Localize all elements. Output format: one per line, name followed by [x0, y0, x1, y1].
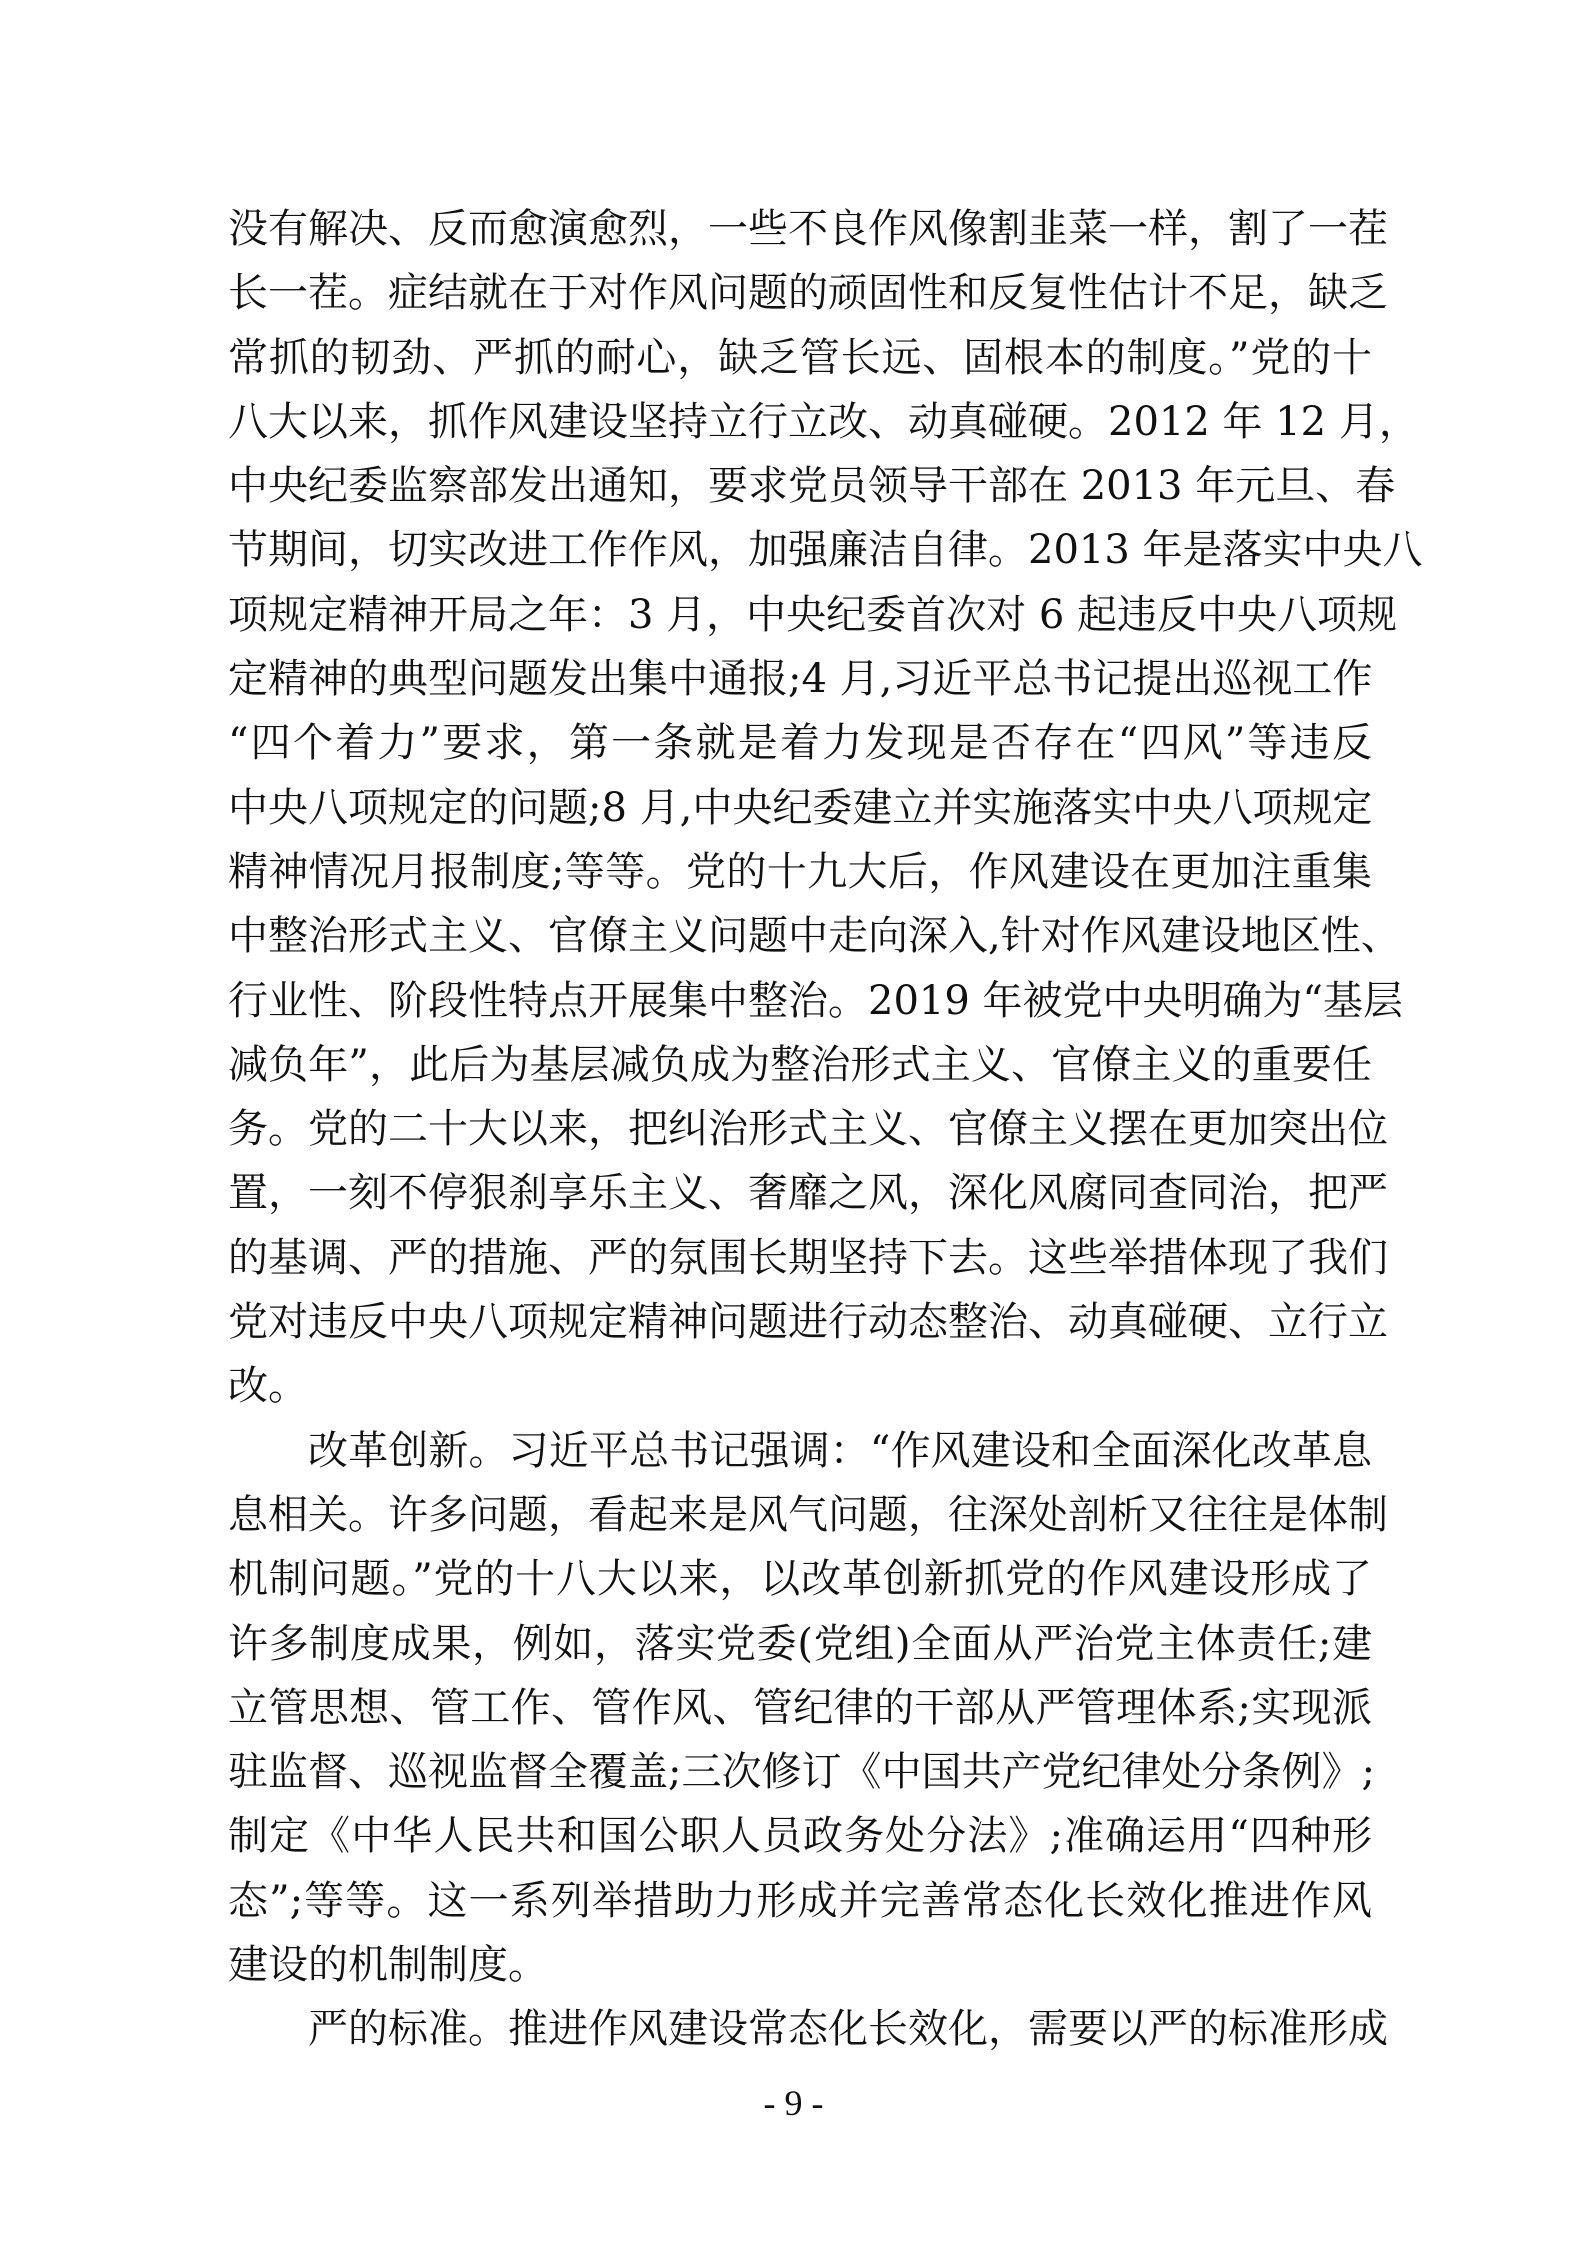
text-line: 八大以来，抓作风建设坚持立行立改、动真碰硬。2012 年 12 月，	[228, 390, 1372, 454]
text-line: 许多制度成果，例如，落实党委(党组)全面从严治党主体责任;建	[228, 1612, 1372, 1676]
text-line: “四个着力”要求，第一条就是着力发现是否存在“四风”等违反	[228, 711, 1372, 775]
text-line: 中整治形式主义、官僚主义问题中走向深入,针对作风建设地区性、	[228, 904, 1372, 968]
text-line: 中央纪委监察部发出通知，要求党员领导干部在 2013 年元旦、春	[228, 454, 1372, 518]
text-line: 建设的机制制度。	[228, 1933, 1372, 1997]
paragraph-1: 没有解决、反而愈演愈烈，一些不良作风像割韭菜一样，割了一茬 长一茬。症结就在于对…	[228, 197, 1372, 1419]
text-line: 长一茬。症结就在于对作风问题的顽固性和反复性估计不足，缺乏	[228, 261, 1372, 325]
text-line: 务。党的二十大以来，把纠治形式主义、官僚主义摆在更加突出位	[228, 1097, 1372, 1161]
paragraph-2: 改革创新。习近平总书记强调：“作风建设和全面深化改革息 息相关。许多问题，看起来…	[228, 1419, 1372, 1998]
text-line: 党对违反中央八项规定精神问题进行动态整治、动真碰硬、立行立	[228, 1290, 1372, 1354]
text-line: 改革创新。习近平总书记强调：“作风建设和全面深化改革息	[228, 1419, 1372, 1483]
text-line: 没有解决、反而愈演愈烈，一些不良作风像割韭菜一样，割了一茬	[228, 197, 1372, 261]
text-line: 中央八项规定的问题;8 月,中央纪委建立并实施落实中央八项规定	[228, 776, 1372, 840]
text-line: 息相关。许多问题，看起来是风气问题，往深处剖析又往往是体制	[228, 1483, 1372, 1547]
text-line: 制定《中华人民共和国公职人员政务处分法》;准确运用“四种形	[228, 1804, 1372, 1868]
text-line: 立管思想、管工作、管作风、管纪律的干部从严管理体系;实现派	[228, 1676, 1372, 1740]
text-line: 定精神的典型问题发出集中通报;4 月,习近平总书记提出巡视工作	[228, 647, 1372, 711]
text-line: 态”;等等。这一系列举措助力形成并完善常态化长效化推进作风	[228, 1869, 1372, 1933]
paragraph-3: 严的标准。推进作风建设常态化长效化，需要以严的标准形成	[228, 1997, 1372, 2061]
text-line: 改。	[228, 1354, 1372, 1418]
text-line: 置，一刻不停狠刹享乐主义、奢靡之风，深化风腐同查同治，把严	[228, 1161, 1372, 1225]
document-page: 没有解决、反而愈演愈烈，一些不良作风像割韭菜一样，割了一茬 长一茬。症结就在于对…	[0, 0, 1587, 2245]
text-line: 行业性、阶段性特点开展集中整治。2019 年被党中央明确为“基层	[228, 969, 1372, 1033]
body-text: 没有解决、反而愈演愈烈，一些不良作风像割韭菜一样，割了一茬 长一茬。症结就在于对…	[228, 197, 1372, 2062]
text-line: 驻监督、巡视监督全覆盖;三次修订《中国共产党纪律处分条例》;	[228, 1740, 1372, 1804]
text-line: 常抓的韧劲、严抓的耐心，缺乏管长远、固根本的制度。”党的十	[228, 326, 1372, 390]
text-line: 节期间，切实改进工作作风，加强廉洁自律。2013 年是落实中央八	[228, 518, 1372, 582]
text-line: 减负年”，此后为基层减负成为整治形式主义、官僚主义的重要任	[228, 1033, 1372, 1097]
text-line: 项规定精神开局之年：3 月，中央纪委首次对 6 起违反中央八项规	[228, 583, 1372, 647]
page-number: - 9 -	[0, 2082, 1587, 2124]
text-line: 的基调、严的措施、严的氛围长期坚持下去。这些举措体现了我们	[228, 1226, 1372, 1290]
text-line: 严的标准。推进作风建设常态化长效化，需要以严的标准形成	[228, 1997, 1372, 2061]
text-line: 精神情况月报制度;等等。党的十九大后，作风建设在更加注重集	[228, 840, 1372, 904]
text-line: 机制问题。”党的十八大以来，以改革创新抓党的作风建设形成了	[228, 1547, 1372, 1611]
